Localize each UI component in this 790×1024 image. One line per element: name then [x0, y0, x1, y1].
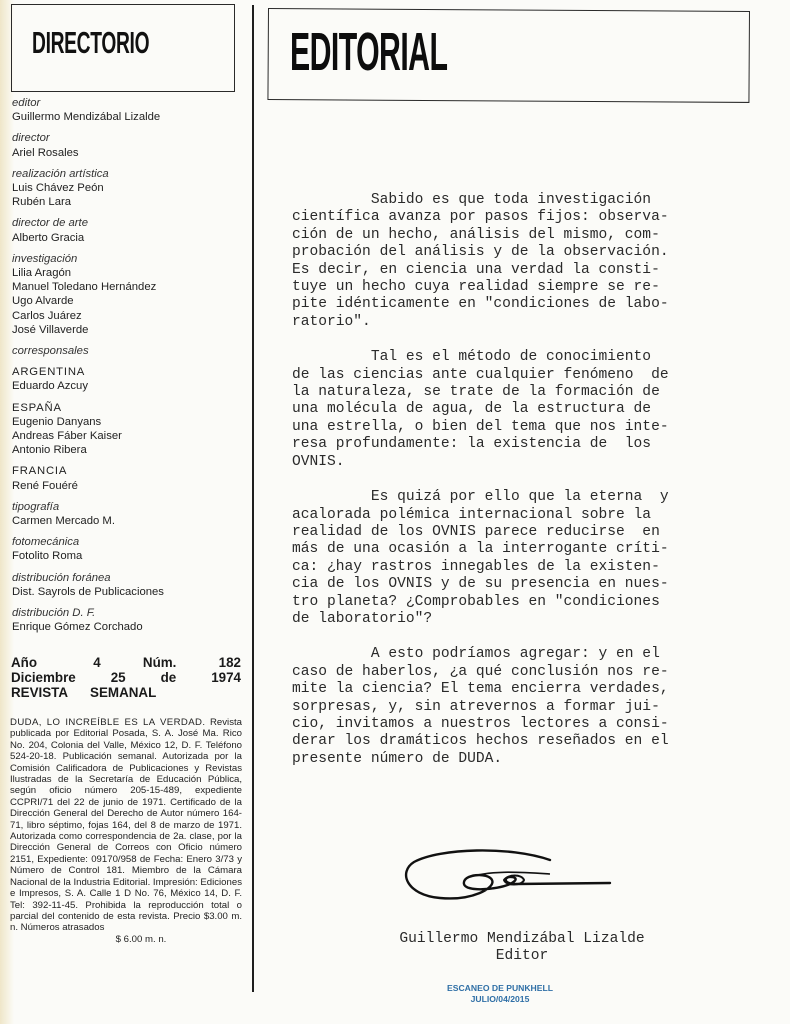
directory-group: fotomecánicaFotolito Roma: [12, 535, 248, 563]
issue-number-row: Año 4 Núm. 182: [11, 656, 241, 671]
directory-group: ESPAÑAEugenio DanyansAndreas Fáber Kaise…: [12, 401, 248, 458]
scan-credit-line-1: ESCANEO DE PUNKHELL: [420, 983, 580, 994]
directory-name: José Villaverde: [12, 323, 248, 337]
directory-name: Eduardo Azcuy: [12, 379, 248, 393]
directory-group: directorAriel Rosales: [12, 131, 248, 159]
directory-group: ARGENTINAEduardo Azcuy: [12, 365, 248, 393]
directory-name: Eugenio Danyans: [12, 415, 248, 429]
directory-role: tipografía: [12, 500, 248, 514]
directory-name: Rubén Lara: [12, 195, 248, 209]
directory-role: editor: [12, 96, 248, 110]
signature-block: Guillermo Mendizábal Lizalde Editor: [372, 931, 672, 965]
editorial-title: EDITORIAL: [290, 25, 447, 79]
directory-group: distribución D. F.Enrique Gómez Corchado: [12, 606, 248, 634]
scan-credit-line-2: JULIO/04/2015: [420, 994, 580, 1005]
directory-group: editorGuillermo Mendizábal Lizalde: [12, 96, 248, 124]
directory-name: Ugo Alvarde: [12, 294, 248, 308]
directory-country: ARGENTINA: [12, 365, 248, 379]
directory-name: Antonio Ribera: [12, 443, 248, 457]
directory-role: director: [12, 131, 248, 145]
issue-info: Año 4 Núm. 182 Diciembre 25 de 1974 REVI…: [11, 656, 241, 700]
directory-country: FRANCIA: [12, 464, 248, 478]
directory-name: Manuel Toledano Hernández: [12, 280, 248, 294]
directory-group: FRANCIARené Fouéré: [12, 464, 248, 492]
directory-name: Enrique Gómez Corchado: [12, 620, 248, 634]
directory-group: realización artísticaLuis Chávez PeónRub…: [12, 167, 248, 210]
editorial-body: Sabido es que toda investigación científ…: [292, 192, 752, 786]
directory-name: Fotolito Roma: [12, 549, 248, 563]
signature-name: Guillermo Mendizábal Lizalde: [372, 931, 672, 948]
legal-text: Revista publicada por Editorial Posada, …: [10, 717, 242, 933]
directory-group: corresponsales: [12, 344, 248, 358]
directory-name: Lilia Aragón: [12, 266, 248, 280]
directory-name: Guillermo Mendizábal Lizalde: [12, 110, 248, 124]
directory-group: director de arteAlberto Gracia: [12, 216, 248, 244]
directory-name: René Fouéré: [12, 479, 248, 493]
directory-name: Carmen Mercado M.: [12, 514, 248, 528]
frequency-word-1: REVISTA: [11, 686, 68, 701]
number-value: 182: [219, 656, 241, 671]
signature-icon: [400, 840, 650, 910]
directory-role: distribución D. F.: [12, 606, 248, 620]
directory-name: Andreas Fáber Kaiser: [12, 429, 248, 443]
editorial-paragraph: A esto podríamos agregar: y en el caso d…: [292, 646, 752, 768]
directory-name: Carlos Juárez: [12, 309, 248, 323]
column-divider: [252, 5, 254, 992]
directory-role: fotomecánica: [12, 535, 248, 549]
editorial-paragraph: Tal es el método de conocimiento de las …: [292, 349, 752, 471]
back-issue-price: $ 6.00 m. n.: [10, 934, 242, 945]
directory-list: editorGuillermo Mendizábal Lizaldedirect…: [12, 96, 248, 642]
directory-name: Luis Chávez Peón: [12, 181, 248, 195]
issue-frequency-row: REVISTA SEMANAL: [11, 686, 241, 701]
number-label: Núm.: [143, 656, 176, 671]
directory-name: Alberto Gracia: [12, 231, 248, 245]
date-day: 25: [111, 671, 126, 686]
editorial-paragraph: Sabido es que toda investigación científ…: [292, 192, 752, 331]
year-value: 4: [93, 656, 100, 671]
directory-role: realización artística: [12, 167, 248, 181]
directory-group: distribución foráneaDist. Sayrols de Pub…: [12, 571, 248, 599]
date-year: 1974: [211, 671, 241, 686]
directory-group: tipografíaCarmen Mercado M.: [12, 500, 248, 528]
signature-title: Editor: [372, 948, 672, 965]
frequency-word-2: SEMANAL: [90, 686, 156, 701]
directory-title: DIRECTORIO: [32, 27, 149, 58]
legal-heading: DUDA, LO INCREÍBLE ES LA VERDAD.: [10, 717, 205, 728]
year-label: Año: [11, 656, 51, 671]
directory-role: director de arte: [12, 216, 248, 230]
scan-credit: ESCANEO DE PUNKHELL JULIO/04/2015: [420, 983, 580, 1005]
editorial-paragraph: Es quizá por ello que la eterna y acalor…: [292, 489, 752, 628]
directory-role: distribución foránea: [12, 571, 248, 585]
directory-group: investigaciónLilia AragónManuel Toledano…: [12, 252, 248, 337]
directory-name: Ariel Rosales: [12, 146, 248, 160]
directory-name: Dist. Sayrols de Publicaciones: [12, 585, 248, 599]
date-month: Diciembre: [11, 671, 76, 686]
legal-notice: DUDA, LO INCREÍBLE ES LA VERDAD. Revista…: [10, 717, 242, 945]
issue-date-row: Diciembre 25 de 1974: [11, 671, 241, 686]
directory-role: investigación: [12, 252, 248, 266]
directory-country: ESPAÑA: [12, 401, 248, 415]
directory-role: corresponsales: [12, 344, 248, 358]
date-de: de: [161, 671, 177, 686]
